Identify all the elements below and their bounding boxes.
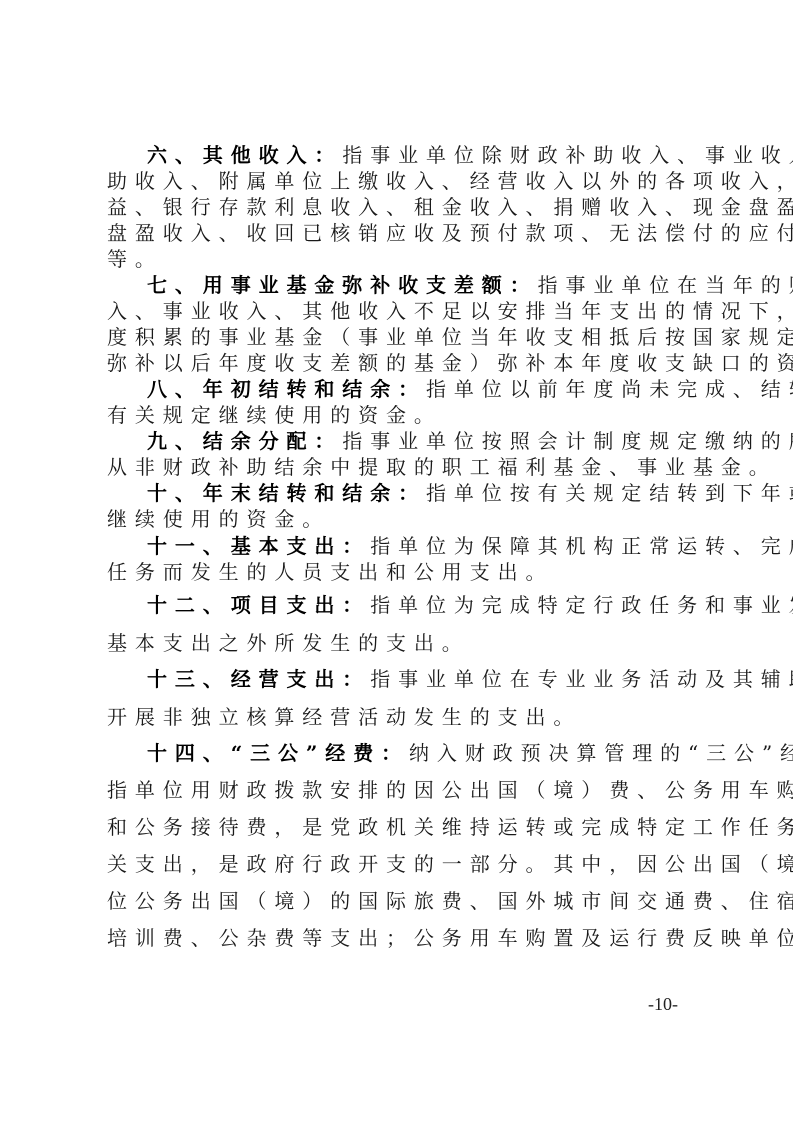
section-7-line-3: 度积累的事业基金（事业单位当年收支相抵后按国家规定提取、用于	[107, 324, 695, 350]
section-7-line-2: 入、事业收入、其他收入不足以安排当年支出的情况下，使用以前年	[107, 298, 695, 324]
section-12-line-1: 十二、项目支出：指单位为完成特定行政任务和事业发展目标在	[147, 592, 735, 618]
section-8-line-2: 有关规定继续使用的资金。	[107, 402, 695, 428]
section-7-term: 七、用事业基金弥补收支差额：	[147, 273, 538, 297]
section-14-line-1: 十四、“三公”经费：纳入财政预决算管理的“三公”经费，是	[147, 740, 735, 766]
section-6-term: 六、其他收入：	[147, 143, 342, 167]
section-8-line-1: 八、年初结转和结余：指单位以前年度尚未完成、结转到本年按	[147, 376, 735, 402]
section-14-line-6: 培训费、公杂费等支出；公务用车购置及运行费反映单位公务用车购	[107, 925, 695, 951]
section-11-line-1: 十一、基本支出：指单位为保障其机构正常运转、完成日常工作	[147, 533, 735, 559]
section-13-line-1: 十三、经营支出：指事业单位在专业业务活动及其辅助活动之外	[147, 666, 735, 692]
section-13-term: 十三、经营支出：	[147, 667, 370, 691]
section-13-line-2: 开展非独立核算经营活动发生的支出。	[107, 704, 695, 730]
section-14-line-4: 关支出，是政府行政开支的一部分。其中，因公出国（境）费反映单	[107, 851, 695, 877]
section-12-line-2: 基本支出之外所发生的支出。	[107, 630, 695, 656]
section-12-term: 十二、项目支出：	[147, 593, 370, 617]
section-7-line-4: 弥补以后年度收支差额的基金）弥补本年度收支缺口的资金。	[107, 350, 695, 376]
section-6-line-3: 益、银行存款利息收入、租金收入、捐赠收入、现金盘盈收入、存货	[107, 194, 695, 220]
section-14-line-2: 指单位用财政拨款安排的因公出国（境）费、公务用车购置及运行费	[107, 777, 695, 803]
section-14-term: 十四、“三公”经费：	[147, 741, 409, 765]
section-7-line-1: 七、用事业基金弥补收支差额：指事业单位在当年的财政拨款收	[147, 272, 735, 298]
section-10-term: 十、年末结转和结余：	[147, 481, 426, 505]
section-14-line-3: 和公务接待费，是党政机关维持运转或完成特定工作任务所开支的相	[107, 814, 695, 840]
section-9-line-1: 九、结余分配：指事业单位按照会计制度规定缴纳的所得税以及	[147, 428, 735, 454]
section-10-line-1: 十、年末结转和结余：指单位按有关规定结转到下年或以后年度	[147, 480, 735, 506]
section-6-line-4: 盘盈收入、收回已核销应收及预付款项、无法偿付的应付及预收款项	[107, 220, 695, 246]
page-number: -10-	[648, 994, 678, 1015]
section-9-line-2: 从非财政补助结余中提取的职工福利基金、事业基金。	[107, 454, 695, 480]
section-9-term: 九、结余分配：	[147, 429, 342, 453]
section-6-line-2: 助收入、附属单位上缴收入、经营收入以外的各项收入，包括投资收	[107, 168, 695, 194]
section-6-line-1: 六、其他收入：指事业单位除财政补助收入、事业收入、上级补	[147, 142, 735, 168]
document-page: 六、其他收入：指事业单位除财政补助收入、事业收入、上级补 助收入、附属单位上缴收…	[0, 0, 793, 1122]
section-11-line-2: 任务而发生的人员支出和公用支出。	[107, 559, 695, 585]
section-8-term: 八、年初结转和结余：	[147, 377, 426, 401]
section-14-line-5: 位公务出国（境）的国际旅费、国外城市间交通费、住宿费、伙食费、	[107, 888, 695, 914]
section-10-line-2: 继续使用的资金。	[107, 506, 695, 532]
section-6-line-5: 等。	[107, 246, 695, 272]
section-11-term: 十一、基本支出：	[147, 534, 370, 558]
